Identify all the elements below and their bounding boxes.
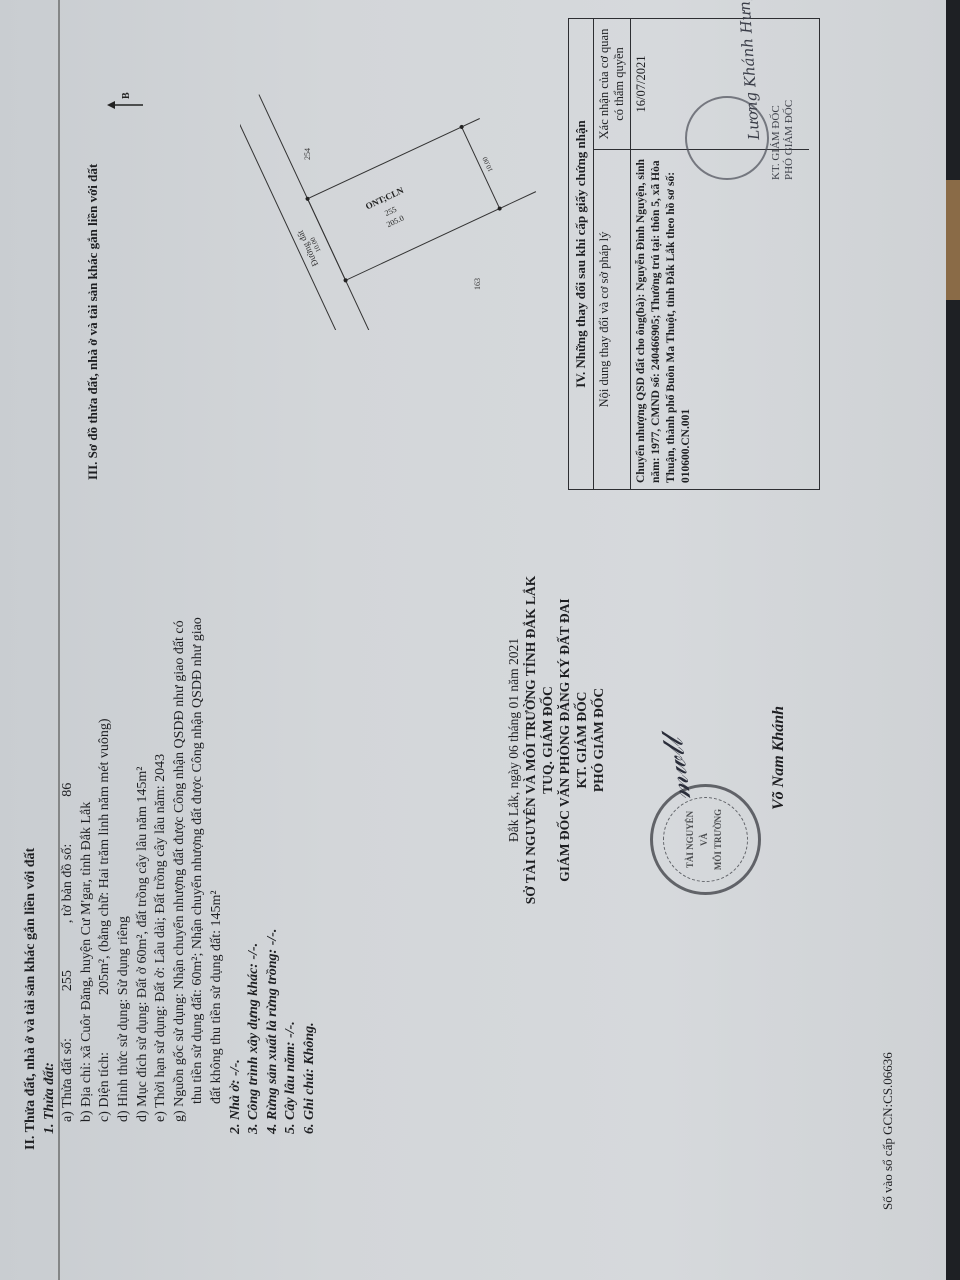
deputy-line: PHÓ GIÁM ĐỐC (590, 480, 607, 1000)
confirm-lines: KT. GIÁM ĐỐC PHÓ GIÁM ĐỐC (770, 100, 796, 180)
tuq-line: TUQ. GIÁM ĐỐC (539, 480, 556, 1000)
section-2-heading: II. Thửa đất, nhà ở và tài sản khác gắn … (22, 617, 41, 1150)
signature-block: Đắk Lắk, ngày 06 tháng 01 năm 2021 SỞ TÀ… (505, 480, 607, 1000)
change-entry-date: 16/07/2021 (634, 25, 649, 143)
parcel-subheading: 1. Thửa đất: (41, 617, 60, 1150)
usage-form-line: d) Hình thức sử dụng: Sử dụng riêng (115, 617, 134, 1150)
changes-table-title: IV. Những thay đổi sau khi cấp giấy chứn… (569, 19, 594, 489)
col-confirmation: Xác nhận của cơ quan có thẩm quyền (594, 19, 630, 149)
authority-line: SỞ TÀI NGUYÊN VÀ MÔI TRƯỜNG TỈNH ĐẮK LẮK (522, 480, 539, 1000)
rotated-document: II. Thửa đất, nhà ở và tài sản khác gắn … (0, 0, 946, 1280)
origin-line-2: thu tiền sử dụng đất: 60m²; Nhận chuyển … (189, 617, 208, 1150)
usage-term-line: e) Thời hạn sử dụng: Đất ở: Lâu dài; Đất… (152, 617, 171, 1150)
signer-name: Võ Nam Khánh (770, 706, 788, 810)
svg-text:B: B (121, 92, 132, 99)
parcel-number-line: a) Thửa đất số: 255 , tờ bản đồ số: 86 (59, 617, 78, 1150)
note-line: 6. Ghi chú: Không. (301, 617, 320, 1150)
north-arrow-icon: B (105, 80, 145, 130)
kt-line: KT. GIÁM ĐỐC (573, 480, 590, 1000)
area-value: 205m², (bằng chữ: Hai trăm linh năm mét … (97, 718, 112, 995)
svg-text:10.00: 10.00 (481, 155, 495, 173)
origin-line-3: đất không thu tiền sử dụng đất: 145m² (208, 617, 227, 1150)
handwritten-signature-icon: 𝓂𝓌𝓁𝓁 (656, 736, 698, 802)
col-change-content: Nội dung thay đổi và cơ sở pháp lý (594, 149, 630, 489)
certificate-page: II. Thửa đất, nhà ở và tài sản khác gắn … (0, 0, 946, 1280)
section-2: II. Thửa đất, nhà ở và tài sản khác gắn … (22, 617, 320, 1150)
parcel-number: 255 (60, 970, 75, 991)
desk-edge (946, 180, 960, 300)
changes-table-row: Chuyển nhượng QSD đất cho ông(bà): Nguyễ… (631, 19, 809, 489)
neighbor-left-label: 163 (473, 278, 482, 290)
map-sheet-number: 86 (60, 783, 75, 797)
change-entry-text: Chuyển nhượng QSD đất cho ông(bà): Nguyễ… (634, 156, 694, 483)
changes-table: IV. Những thay đổi sau khi cấp giấy chứn… (568, 18, 820, 490)
area-line: c) Diện tích: 205m², (bằng chữ: Hai trăm… (96, 617, 115, 1150)
origin-line-1: g) Nguồn gốc sử dụng: Nhận chuyển nhượng… (171, 617, 190, 1150)
house-line: 2. Nhà ở: -/-. (227, 617, 246, 1150)
date-line: Đắk Lắk, ngày 06 tháng 01 năm 2021 (505, 480, 522, 1000)
parcel-diagram: 10.00 10.00 Đường đất ONT;CLN 255 205.0 … (240, 90, 540, 330)
neighbor-right-label: 254 (303, 148, 312, 160)
changes-table-header: Nội dung thay đổi và cơ sở pháp lý Xác n… (594, 19, 631, 489)
register-number: Số vào sổ cấp GCN:CS.06636 (880, 1052, 896, 1210)
section-3-heading: III. Sơ đồ thửa đất, nhà ở và tài sản kh… (85, 164, 101, 480)
svg-text:ONT;CLN: ONT;CLN (364, 185, 406, 212)
other-construction-line: 3. Công trình xây dựng khác: -/-. (245, 617, 264, 1150)
address-line: b) Địa chỉ: xã Cuôr Đăng, huyện Cư M'gar… (78, 617, 97, 1150)
forest-line: 4. Rừng sản xuất là rừng trồng: -/-. (264, 617, 283, 1150)
usage-purpose-line: d) Mục đích sử dụng: Đất ở 60m², đất trồ… (134, 617, 153, 1150)
perennial-line: 5. Cây lâu năm: -/-. (282, 617, 301, 1150)
office-line: GIÁM ĐỐC VĂN PHÒNG ĐĂNG KÝ ĐẤT ĐAI (556, 480, 573, 1000)
